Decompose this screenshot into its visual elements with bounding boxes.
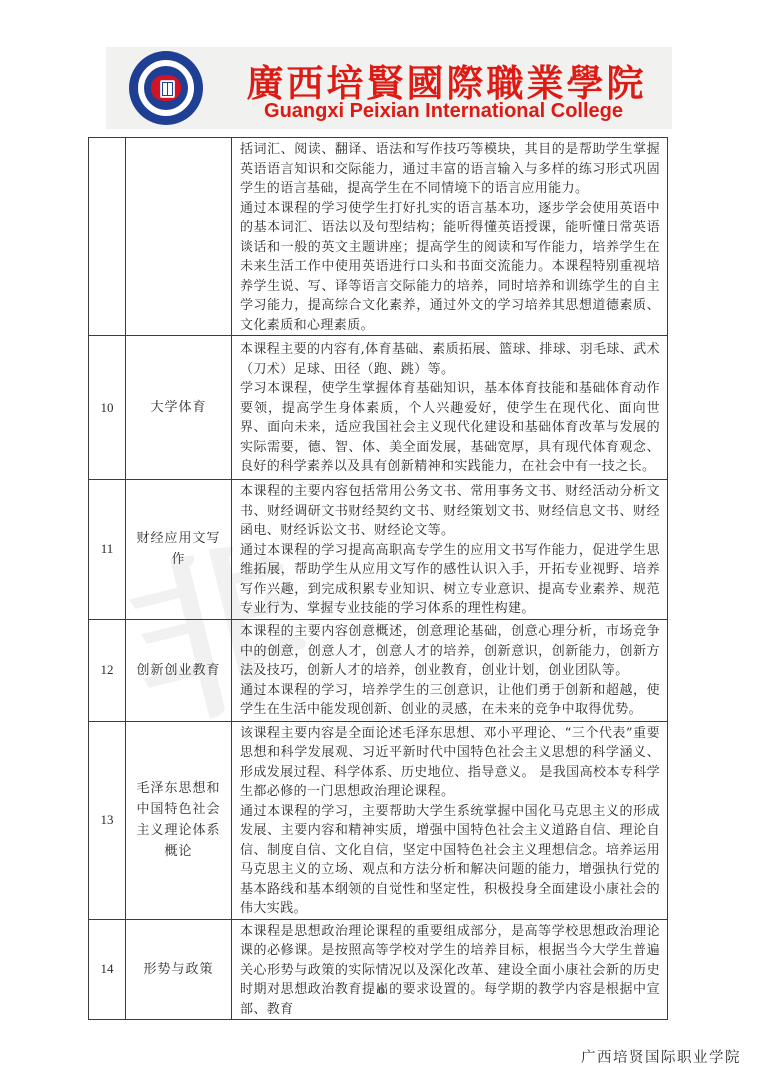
- college-seal-logo: [120, 51, 212, 125]
- course-desc-cell: 本课程主要的内容有,体育基础、素质拓展、篮球、排球、羽毛球、武术（刀术）足球、田…: [232, 336, 668, 480]
- row-number-cell: 14: [89, 919, 126, 1020]
- course-desc-cell: 括词汇、阅读、翻译、语法和写作技巧等模块，其目的是帮助学生掌握英语语言知识和交际…: [232, 138, 668, 336]
- course-row: 括词汇、阅读、翻译、语法和写作技巧等模块，其目的是帮助学生掌握英语语言知识和交际…: [89, 138, 668, 336]
- course-name-cell: 毛泽东思想和中国特色社会主义理论体系概论: [126, 721, 232, 919]
- course-row: 11 财经应用文写作 本课程的主要内容包括常用公务文书、常用事务文书、财经活动分…: [89, 480, 668, 620]
- course-row: 10 大学体育 本课程主要的内容有,体育基础、素质拓展、篮球、排球、羽毛球、武术…: [89, 336, 668, 480]
- page-number: 6: [0, 983, 763, 997]
- college-header: 廣西培賢國際職業學院 Guangxi Peixian International…: [106, 47, 672, 129]
- desc-paragraph: 通过本课程的学习，培养学生的三创意识，让他们勇于创新和超越，使学生在生活中能发现…: [240, 681, 660, 720]
- row-number-cell: 11: [89, 480, 126, 620]
- desc-paragraph: 本课程是思想政治理论课程的重要组成部分，是高等学校思想政治理论课的必修课。是按照…: [240, 922, 660, 1020]
- course-name-cell: [126, 138, 232, 336]
- course-name-cell: 形势与政策: [126, 919, 232, 1020]
- course-row: 14 形势与政策 本课程是思想政治理论课程的重要组成部分，是高等学校思想政治理论…: [89, 919, 668, 1020]
- footer-college-name: 广西培贤国际职业学院: [581, 1046, 741, 1067]
- course-name-cell: 创新创业教育: [126, 619, 232, 721]
- desc-paragraph: 该课程主要内容是全面论述毛泽东思想、邓小平理论、“三个代表”重要思想和科学发展观…: [240, 724, 660, 802]
- course-row: 13 毛泽东思想和中国特色社会主义理论体系概论 该课程主要内容是全面论述毛泽东思…: [89, 721, 668, 919]
- course-name-cell: 财经应用文写作: [126, 480, 232, 620]
- desc-paragraph: 通过本课程的学习使学生打好扎实的语言基本功，逐步学会使用英语中的基本词汇、语法以…: [240, 199, 660, 336]
- course-desc-cell: 本课程的主要内容包括常用公务文书、常用事务文书、财经活动分析文书、财经调研文书财…: [232, 480, 668, 620]
- course-row: 12 创新创业教育 本课程的主要内容创意概述，创意理论基础，创意心理分析，市场竞…: [89, 619, 668, 721]
- row-number-cell: 10: [89, 336, 126, 480]
- row-number-cell: 13: [89, 721, 126, 919]
- course-name-cell: 大学体育: [126, 336, 232, 480]
- course-desc-cell: 该课程主要内容是全面论述毛泽东思想、邓小平理论、“三个代表”重要思想和科学发展观…: [232, 721, 668, 919]
- desc-paragraph: 本课程主要的内容有,体育基础、素质拓展、篮球、排球、羽毛球、武术（刀术）足球、田…: [240, 340, 660, 379]
- course-desc-cell: 本课程是思想政治理论课程的重要组成部分，是高等学校思想政治理论课的必修课。是按照…: [232, 919, 668, 1020]
- course-desc-cell: 本课程的主要内容创意概述，创意理论基础，创意心理分析，市场竞争中的创意，创意人才…: [232, 619, 668, 721]
- logo-open-book-icon: [160, 80, 175, 98]
- college-title-chinese: 廣西培賢國際職業學院: [224, 53, 669, 107]
- desc-paragraph: 学习本课程，使学生掌握体育基础知识，基本体育技能和基础体育动作要领，提高学生身体…: [240, 379, 660, 477]
- college-title-english: Guangxi Peixian International College: [216, 100, 671, 123]
- desc-paragraph: 通过本课程的学习提高高职高专学生的应用文书写作能力，促进学生思维拓展，帮助学生从…: [240, 541, 660, 619]
- desc-paragraph: 本课程的主要内容创意概述，创意理论基础，创意心理分析，市场竞争中的创意，创意人才…: [240, 622, 660, 681]
- desc-paragraph: 通过本课程的学习，主要帮助大学生系统掌握中国化马克思主义的形成发展、主要内容和精…: [240, 802, 660, 919]
- desc-paragraph: 括词汇、阅读、翻译、语法和写作技巧等模块，其目的是帮助学生掌握英语语言知识和交际…: [240, 140, 660, 199]
- row-number-cell: 12: [89, 619, 126, 721]
- document-page: 廣西培賢國際職業學院 Guangxi Peixian International…: [0, 0, 763, 1080]
- desc-paragraph: 本课程的主要内容包括常用公务文书、常用事务文书、财经活动分析文书、财经调研文书财…: [240, 482, 660, 541]
- row-number-cell: [89, 138, 126, 336]
- course-table: 括词汇、阅读、翻译、语法和写作技巧等模块，其目的是帮助学生掌握英语语言知识和交际…: [88, 137, 668, 1020]
